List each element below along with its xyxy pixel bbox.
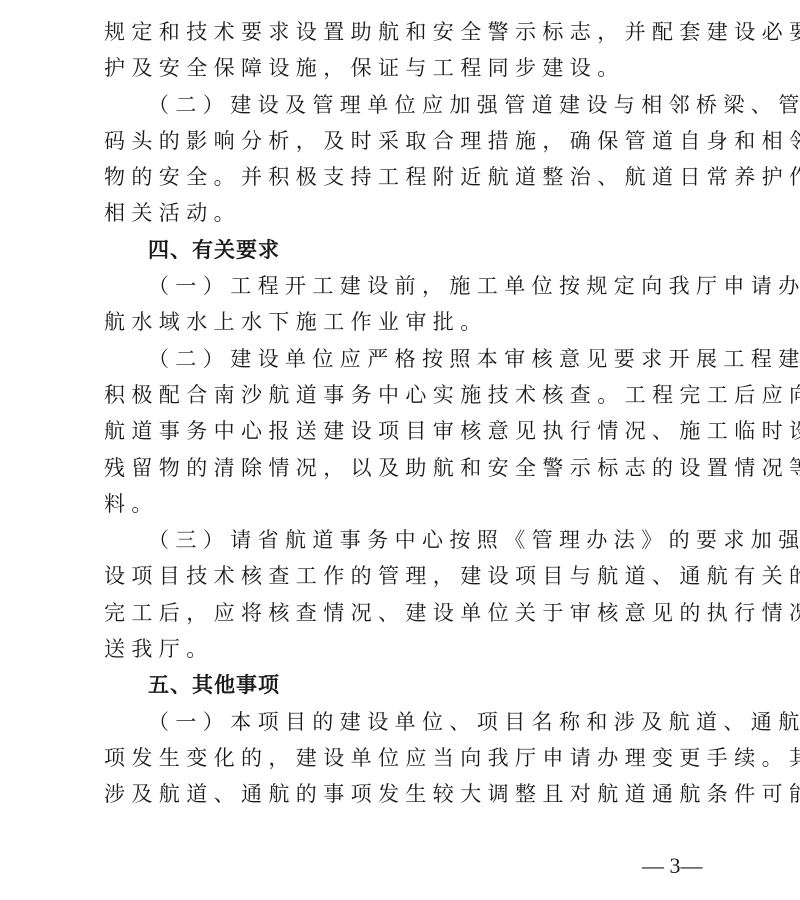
body-line: 护及安全保障设施，保证与工程同步建设。 (104, 50, 714, 86)
body-line: 物的安全。并积极支持工程附近航道整治、航道日常养护作业等 (104, 159, 714, 195)
body-line: 残留物的清除情况，以及助航和安全警示标志的设置情况等资 (104, 450, 714, 486)
body-line: 航水域水上水下施工作业审批。 (104, 304, 714, 340)
body-line: 完工后，应将核查情况、建设单位关于审核意见的执行情况等报 (104, 595, 714, 631)
paragraph-start-line: （一）本项目的建设单位、项目名称和涉及航道、通航的事 (104, 704, 714, 740)
body-line: 码头的影响分析，及时采取合理措施，确保管道自身和相邻建筑 (104, 123, 714, 159)
page-number: — 3— (642, 853, 703, 879)
section-heading-requirements: 四、有关要求 (104, 232, 714, 268)
body-line: 送我厅。 (104, 631, 714, 667)
body-line: 项发生变化的，建设单位应当向我厅申请办理变更手续。其中， (104, 740, 714, 776)
body-line: 航道事务中心报送建设项目审核意见执行情况、施工临时设施及 (104, 413, 714, 449)
paragraph-start-line: （一）工程开工建设前，施工单位按规定向我厅申请办理通 (104, 268, 714, 304)
body-line: 规定和技术要求设置助航和安全警示标志，并配套建设必要的维 (104, 14, 714, 50)
paragraph-start-line: （二）建设单位应严格按照本审核意见要求开展工程建设， (104, 341, 714, 377)
document-page: 规定和技术要求设置助航和安全警示标志，并配套建设必要的维 护及安全保障设施，保证… (104, 14, 714, 813)
body-line: 料。 (104, 486, 714, 522)
body-line: 积极配合南沙航道事务中心实施技术核查。工程完工后应向南沙 (104, 377, 714, 413)
paragraph-start-line: （三）请省航道事务中心按照《管理办法》的要求加强对建 (104, 522, 714, 558)
body-line: 涉及航道、通航的事项发生较大调整且对航道通航条件可能产生 (104, 776, 714, 812)
body-line: 相关活动。 (104, 195, 714, 231)
body-line: 设项目技术核查工作的管理，建设项目与航道、通航有关的内容 (104, 558, 714, 594)
paragraph-start-line: （二）建设及管理单位应加强管道建设与相邻桥梁、管道、 (104, 87, 714, 123)
section-heading-other-matters: 五、其他事项 (104, 667, 714, 703)
